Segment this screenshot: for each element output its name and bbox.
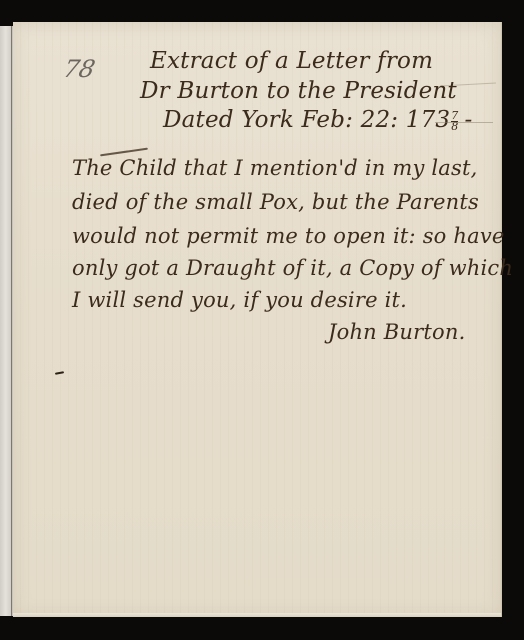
date-text: Dated York Feb: 22: 173 <box>163 107 450 133</box>
body-line-3: would not permit me to open it: so have <box>72 224 505 248</box>
page-bottom-edge <box>13 613 501 617</box>
heading-line-3-date: Dated York Feb: 22: 17378- <box>163 107 472 133</box>
signature: John Burton. <box>328 320 465 344</box>
body-line-2: died of the small Pox, but the Parents <box>72 190 479 214</box>
folio-number: 78 <box>61 55 97 83</box>
ruled-guide-line-date <box>435 122 493 123</box>
binding-edge-line <box>11 26 12 616</box>
body-line-5: I will send you, if you desire it. <box>72 288 407 312</box>
year-fraction: 78 <box>451 111 458 132</box>
date-trailing-dash: - <box>464 107 472 133</box>
body-line-4: only got a Draught of it, a Copy of whic… <box>72 256 513 280</box>
year-fraction-numerator: 7 <box>451 111 458 121</box>
heading-line-1: Extract of a Letter from <box>150 48 433 74</box>
heading-line-2: Dr Burton to the President <box>140 78 457 104</box>
body-line-1: The Child that I mention'd in my last, <box>72 156 478 180</box>
